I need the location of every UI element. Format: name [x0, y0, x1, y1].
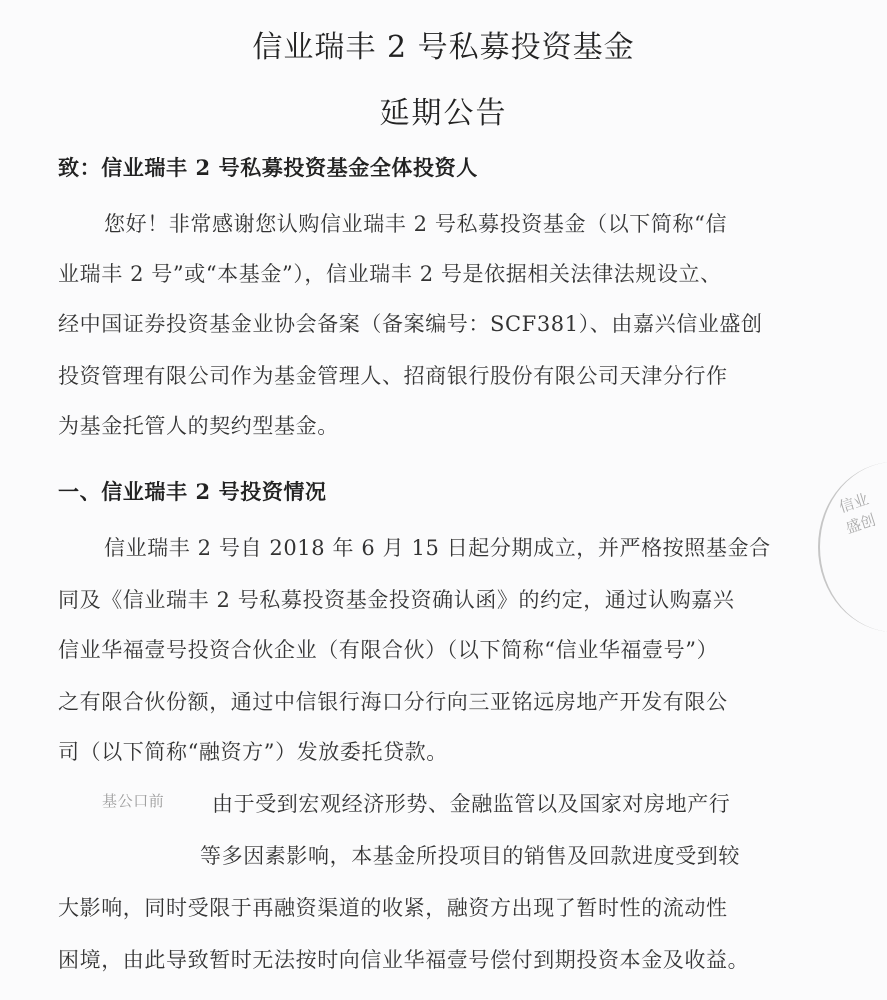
section1-para2-line-3: 大影响，同时受限于再融资渠道的收紧，融资方出现了暂时性的流动性 [58, 892, 728, 922]
document-title: 信业瑞丰 2 号私募投资基金 [0, 22, 887, 66]
intro-line-2: 业瑞丰 2 号”或“本基金”），信业瑞丰 2 号是依据相关法律法规设立、 [58, 258, 722, 288]
section1-para2-line-1: 由于受到宏观经济形势、金融监管以及国家对房地产行 [212, 788, 730, 818]
scanned-document-page: 信业瑞丰 2 号私募投资基金 延期公告 致：信业瑞丰 2 号私募投资基金全体投资… [0, 0, 887, 1000]
section1-line-3: 信业华福壹号投资合伙企业（有限合伙）（以下简称“信业华福壹号”） [58, 634, 718, 664]
section1-line-4: 之有限合伙份额，通过中信银行海口分行向三亚铭远房地产开发有限公 [58, 686, 728, 716]
section1-line-5: 司（以下简称“融资方”）发放委托贷款。 [58, 736, 448, 766]
section1-para2-line-2: 等多因素影响，本基金所投项目的销售及回款进度受到较 [200, 840, 740, 870]
section1-para2-line-4: 困境，由此导致暂时无法按时向信业华福壹号偿付到期投资本金及收益。 [58, 944, 749, 974]
section1-line-2: 同及《信业瑞丰 2 号私募投资基金投资确认函》的约定，通过认购嘉兴 [58, 584, 735, 614]
intro-line-3: 经中国证券投资基金业协会备案（备案编号：SCF381）、由嘉兴信业盛创 [58, 308, 763, 338]
section-heading: 一、信业瑞丰 2 号投资情况 [58, 476, 327, 506]
company-seal-stamp [818, 462, 887, 632]
intro-line-5: 为基金托管人的契约型基金。 [58, 410, 339, 440]
intro-line-4: 投资管理有限公司作为基金管理人、招商银行股份有限公司天津分行作 [58, 360, 728, 390]
salutation: 致：信业瑞丰 2 号私募投资基金全体投资人 [58, 152, 478, 182]
document-subtitle: 延期公告 [0, 88, 887, 132]
intro-line-1: 您好！非常感谢您认购信业瑞丰 2 号私募投资基金（以下简称“信 [104, 208, 727, 238]
faint-bleed-text: 基公口前 [102, 790, 164, 811]
section1-line-1: 信业瑞丰 2 号自 2018 年 6 月 15 日起分期成立，并严格按照基金合 [104, 532, 771, 562]
